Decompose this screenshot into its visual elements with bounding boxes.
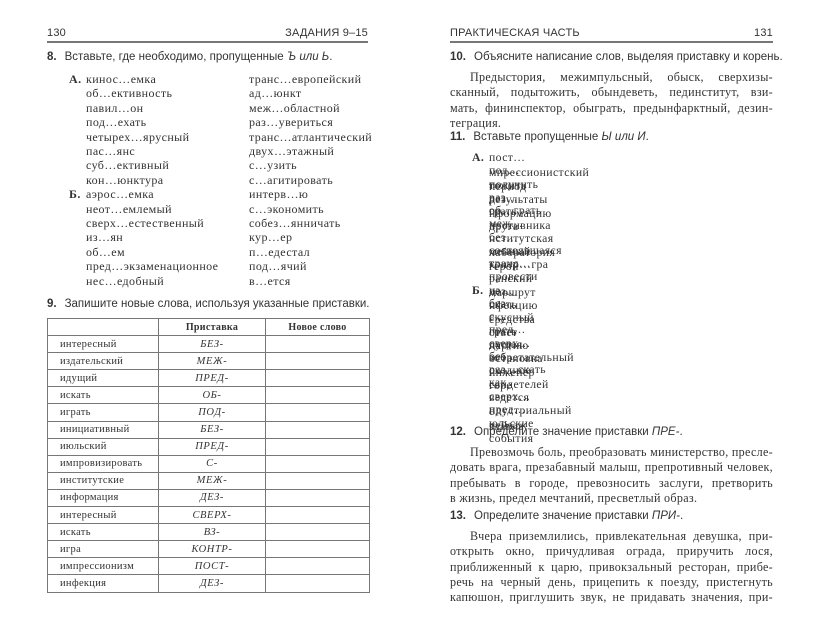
word-cell: информация — [48, 489, 159, 506]
task-13-paragraph: Вчера приземлились, привлекательная деву… — [450, 529, 773, 605]
group-label: А. — [472, 151, 484, 166]
group-label: Б. — [69, 187, 81, 202]
prefix-cell: БЕЗ- — [159, 421, 266, 438]
word-cell: идущий — [48, 370, 159, 387]
group-label: А. — [69, 72, 81, 87]
list-item: пас…янс — [86, 144, 135, 159]
prefix-cell: ОБ- — [159, 387, 266, 404]
list-item: интерв…ю — [249, 187, 308, 202]
new-word-cell[interactable] — [266, 387, 370, 404]
list-item: под…ячий — [249, 259, 307, 274]
paragraph-line: довать врага, презабавный малыш, препрот… — [450, 460, 773, 475]
new-word-cell[interactable] — [266, 541, 370, 558]
prefix-cell: ПОСТ- — [159, 558, 266, 575]
table-row: инфекцияДЕЗ- — [48, 575, 370, 592]
list-item: об…ективность — [86, 86, 172, 101]
header-prefix: Приставка — [159, 319, 266, 336]
group-label: Б. — [472, 284, 483, 299]
table-row: импрессионизмПОСТ- — [48, 558, 370, 575]
table-row: институтскиеМЕЖ- — [48, 472, 370, 489]
task-instruction-end: . — [679, 426, 682, 438]
table-row: издательскийМЕЖ- — [48, 353, 370, 370]
header-new-word: Новое слово — [266, 319, 370, 336]
list-item: раз…увериться — [249, 115, 333, 130]
prefix-cell: ПРЕД- — [159, 438, 266, 455]
new-word-cell[interactable] — [266, 524, 370, 541]
task-instruction-end: . — [329, 51, 332, 63]
list-item: четырех…ярусный — [86, 130, 189, 145]
prefix-cell: МЕЖ- — [159, 353, 266, 370]
prefix-cell: ПРЕД- — [159, 370, 266, 387]
table-row: искатьОБ- — [48, 387, 370, 404]
paragraph-line: капюшон, приглушить звук, не придавать з… — [450, 590, 773, 605]
paragraph-line: в жизнь, предел мечтаний, пресветлый обр… — [450, 491, 773, 506]
paragraph-line: теграция. — [450, 116, 773, 131]
paragraph-line: пребывать в городе, превозносить заслуги… — [450, 476, 773, 491]
list-item: неот…емлемый — [86, 202, 172, 217]
paragraph-line: Превозмочь боль, преобразовать министерс… — [450, 445, 773, 460]
task-11-heading: 11.Вставьте пропущенные Ы или И. — [450, 131, 649, 143]
paragraph-line: сканный, подытожить, обындеветь, пединст… — [450, 85, 773, 100]
task-instruction-italic: Ы или И — [602, 131, 646, 143]
task-instruction-end: . — [646, 131, 649, 143]
table-row: импровизироватьС- — [48, 455, 370, 472]
task-8-heading: 8.Вставьте, где необходимо, пропущенные … — [47, 51, 333, 63]
list-item: нес…едобный — [86, 274, 164, 289]
table-row: интересныйБЕЗ- — [48, 336, 370, 353]
prefix-cell: СВЕРХ- — [159, 507, 266, 524]
running-head: ПРАКТИЧЕСКАЯ ЧАСТЬ — [450, 27, 580, 39]
list-item: суб…ективный — [86, 158, 169, 173]
prefix-cell: БЕЗ- — [159, 336, 266, 353]
list-item: меж…областной — [249, 101, 340, 116]
header-rule — [47, 41, 368, 43]
list-item: ад…юнкт — [249, 86, 302, 101]
new-word-cell[interactable] — [266, 455, 370, 472]
word-cell: игра — [48, 541, 159, 558]
new-word-cell[interactable] — [266, 421, 370, 438]
word-cell: импровизировать — [48, 455, 159, 472]
task-number: 10. — [450, 51, 466, 63]
header-rule — [450, 41, 773, 43]
word-cell: инфекция — [48, 575, 159, 592]
task-12-heading: 12.Определите значение приставки ПРЕ-. — [450, 426, 683, 438]
task-9-heading: 9.Запишите новые слова, используя указан… — [47, 298, 369, 310]
list-item: из…ян — [86, 230, 123, 245]
task-number: 13. — [450, 510, 466, 522]
right-page: ПРАКТИЧЕСКАЯ ЧАСТЬ 131 10.Объясните напи… — [410, 0, 819, 629]
table-row: играКОНТР- — [48, 541, 370, 558]
table-row: информацияДЕЗ- — [48, 489, 370, 506]
prefix-cell: ДЕЗ- — [159, 489, 266, 506]
list-item: в…ется — [249, 274, 291, 289]
task-instruction: Вставьте, где необходимо, пропущенные — [65, 51, 287, 63]
header-word — [48, 319, 159, 336]
prefix-cell: ДЕЗ- — [159, 575, 266, 592]
task-10-paragraph: Предыстория, межимпульсный, обыск, сверх… — [450, 70, 773, 131]
new-word-cell[interactable] — [266, 575, 370, 592]
list-item: транс…атлантический — [249, 130, 372, 145]
task-instruction-italic: ПРИ- — [652, 510, 680, 522]
left-page: 130 ЗАДАНИЯ 9–15 8.Вставьте, где необход… — [0, 0, 410, 629]
running-head: ЗАДАНИЯ 9–15 — [285, 27, 368, 39]
task-instruction: Вставьте пропущенные — [473, 131, 601, 143]
page-number: 131 — [754, 27, 773, 39]
page-number: 130 — [47, 27, 66, 39]
paragraph-line: приближенный к царю, привокзальный ресто… — [450, 560, 773, 575]
table-row: июльскийПРЕД- — [48, 438, 370, 455]
table-row: игратьПОД- — [48, 404, 370, 421]
list-item: сверх…естественный — [86, 216, 204, 231]
list-item: с…экономить — [249, 202, 324, 217]
word-cell: издательский — [48, 353, 159, 370]
list-item: пред…экзаменационное — [86, 259, 218, 274]
task-instruction: Объясните написание слов, выделяя приста… — [474, 51, 783, 63]
paragraph-line: Вчера приземлились, привлекательная деву… — [450, 529, 773, 544]
word-cell: инициативный — [48, 421, 159, 438]
new-word-cell[interactable] — [266, 558, 370, 575]
list-item: под…ехать — [86, 115, 147, 130]
list-item: об…ем — [86, 245, 125, 260]
task-number: 12. — [450, 426, 466, 438]
prefix-cell: МЕЖ- — [159, 472, 266, 489]
task-instruction: Определите значение приставки — [474, 510, 652, 522]
list-item: транс…европейский — [249, 72, 361, 87]
task-13-heading: 13.Определите значение приставки ПРИ-. — [450, 510, 683, 522]
paragraph-line: открыть окно, причудливая ограда, прируч… — [450, 544, 773, 559]
word-cell: интересный — [48, 336, 159, 353]
list-item: кон…юнктура — [86, 173, 164, 188]
list-item: собез…янничать — [249, 216, 341, 231]
prefix-cell: КОНТР- — [159, 541, 266, 558]
task-10-heading: 10.Объясните написание слов, выделяя при… — [450, 51, 783, 63]
prefix-cell: С- — [159, 455, 266, 472]
task-number: 9. — [47, 298, 57, 310]
table-header-row: Приставка Новое слово — [48, 319, 370, 336]
new-word-cell[interactable] — [266, 336, 370, 353]
new-word-cell[interactable] — [266, 438, 370, 455]
list-item: павил…он — [86, 101, 143, 116]
task-instruction-italic: Ъ или Ь — [287, 51, 329, 63]
new-word-cell[interactable] — [266, 370, 370, 387]
task-12-paragraph: Превозмочь боль, преобразовать министерс… — [450, 445, 773, 506]
list-item: пред…юльские события — [489, 403, 534, 447]
table-row: искатьВЗ- — [48, 524, 370, 541]
new-word-cell[interactable] — [266, 489, 370, 506]
prefix-cell: ПОД- — [159, 404, 266, 421]
word-cell: играть — [48, 404, 159, 421]
table-row: идущийПРЕД- — [48, 370, 370, 387]
list-item: кур…ер — [249, 230, 292, 245]
list-item: с…агитировать — [249, 173, 333, 188]
task-instruction: Определите значение приставки — [474, 426, 652, 438]
paragraph-line: Предыстория, межимпульсный, обыск, сверх… — [450, 70, 773, 85]
word-cell: искать — [48, 387, 159, 404]
new-word-cell[interactable] — [266, 404, 370, 421]
task-instruction-end: . — [680, 510, 683, 522]
word-cell: институтские — [48, 472, 159, 489]
word-cell: искать — [48, 524, 159, 541]
new-word-cell[interactable] — [266, 353, 370, 370]
word-cell: июльский — [48, 438, 159, 455]
list-item: двух…этажный — [249, 144, 334, 159]
word-cell: интересный — [48, 507, 159, 524]
new-word-cell[interactable] — [266, 472, 370, 489]
task-number: 11. — [450, 131, 465, 143]
word-cell: импрессионизм — [48, 558, 159, 575]
paragraph-line: мать, фининспектор, обыграть, предынфарк… — [450, 101, 773, 116]
list-item: п…едестал — [249, 245, 310, 260]
table-row: инициативныйБЕЗ- — [48, 421, 370, 438]
list-item: с…узить — [249, 158, 297, 173]
paragraph-line: речь на черный день, прицепить к поезду,… — [450, 575, 773, 590]
new-word-cell[interactable] — [266, 507, 370, 524]
list-item: аэрос…емка — [86, 187, 154, 202]
task-instruction: Запишите новые слова, используя указанны… — [65, 298, 370, 310]
task-number: 8. — [47, 51, 57, 63]
list-item: кинос…емка — [86, 72, 156, 87]
prefix-table: Приставка Новое слово интересныйБЕЗ-изда… — [47, 318, 370, 593]
task-instruction-italic: ПРЕ- — [652, 426, 680, 438]
table-row: интересныйСВЕРХ- — [48, 507, 370, 524]
prefix-cell: ВЗ- — [159, 524, 266, 541]
